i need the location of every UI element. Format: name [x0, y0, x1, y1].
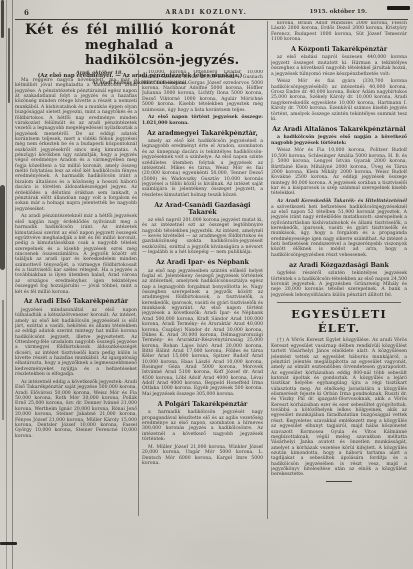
column-divider	[138, 70, 139, 516]
left-column: Arad, október 18. Ma reggelre nagyra növ…	[15, 70, 137, 516]
body-paragraph: Ma reggelre nagyra növekedett, ma már a …	[15, 78, 137, 212]
body-paragraph: Weisz Mór és fiai gyára (330,700 korona …	[271, 79, 407, 122]
subscription-total: Az első napon történt jegyzések összege:…	[142, 115, 263, 126]
body-paragraph: az első napról 201,000 korona jegyzést m…	[142, 218, 263, 256]
headline-line1: Két és fél millió koronát	[25, 22, 265, 38]
bank-heading-aradi-elso: Az Aradi Első Takarékpénztár	[15, 298, 137, 305]
body-paragraph: (†) A Vörös Kereszt Egylet közgyűlése. A…	[271, 338, 407, 477]
body-paragraph: Az intézetnél eddig a következők jegyezt…	[15, 380, 137, 439]
body-paragraph: az első nap jegyzéseiben szintén előkelő…	[142, 269, 263, 398]
body-paragraph: a hadikölcsön jegyzés első napján a köve…	[271, 135, 407, 146]
bank-heading-ipar-nepbank: Az Aradi Ipar- és Népbank	[142, 259, 263, 266]
middle-column: 10,000 korona, Ottenberg Tivadar 10,000 …	[142, 70, 263, 520]
column-divider	[267, 21, 268, 519]
bank-heading-kozgazdasagi: az Aradi Közgazdasági Bank	[271, 262, 407, 269]
section-heading-egyesuleti-elet: EGYESÜLETI ÉLET.	[271, 307, 407, 335]
scan-blot-icon	[8, 28, 10, 103]
body-paragraph: amely az első két hadikölcsön jegyzéséné…	[142, 139, 263, 198]
scan-blot-icon	[0, 185, 5, 270]
body-paragraph: ügyfelei részéről szintén tekintélyes je…	[271, 271, 407, 298]
body-paragraph: a harmadik hadikölcsön jegyzését nagy pr…	[142, 410, 263, 442]
body-paragraph: Az Aradi Kereskedők Takarék- és Hitelint…	[271, 199, 407, 258]
bank-heading-altalanos: Az Aradi Általános Takarékpénztárnál	[271, 126, 407, 133]
body-paragraph: jegyzései mindazonáltal az első napon tú…	[15, 308, 137, 378]
body-paragraph: korona, Braun Adolf Mindszés 2000 korona…	[271, 21, 407, 42]
section-rule	[277, 302, 401, 303]
body-paragraph: az első eladási napról összesen 440,000 …	[271, 55, 407, 76]
end-dash	[326, 481, 352, 482]
scan-mark-icon	[0, 542, 17, 545]
page-date: 1915. október 19.	[310, 9, 368, 15]
paragraph-rest: a szövetkezeti heti befizetéses hadikölc…	[271, 205, 407, 258]
film-edge-line-icon	[6, 0, 7, 569]
bank-heading-aradmegyei: Az aradmegyei Takarékpénztár,	[142, 130, 263, 137]
body-paragraph: 10,000 korona, Ottenberg Tivadar 10,000 …	[142, 70, 263, 113]
body-paragraph: M. Müller József 21,000 korona, Winkler …	[142, 445, 263, 466]
bank-heading-arad-csanadi: Az Arad-Csanádi Gazdasági Takarék	[142, 202, 263, 216]
bank-heading-polgari: A Polgári Takarékpénztár	[142, 401, 263, 408]
film-edge-line-icon	[12, 0, 13, 569]
right-column: korona, Braun Adolf Mindszés 2000 korona…	[271, 21, 407, 518]
newspaper-page: 6 ARADI KÖZLÖNY. 1915. október 19. Két é…	[0, 0, 413, 569]
body-paragraph: Az aradi pénzintézeteknél már a hétfői j…	[15, 214, 137, 294]
bank-heading-kozponti: A Központi Takarékpénztár	[271, 46, 407, 53]
paragraph-lead: Az Aradi Kereskedők Takarék- és Hitelint…	[277, 199, 407, 204]
header-rule	[15, 19, 408, 20]
body-paragraph: Weisz Mór és Fia 10,000 korona, Politzer…	[271, 148, 407, 196]
headline-line2: meghalad a hadikölcsön-jegyzés.	[85, 38, 265, 68]
scan-blot-icon	[2, 300, 4, 420]
scan-blot-icon	[1, 0, 4, 38]
dateline: Arad, október 18.	[15, 70, 137, 76]
